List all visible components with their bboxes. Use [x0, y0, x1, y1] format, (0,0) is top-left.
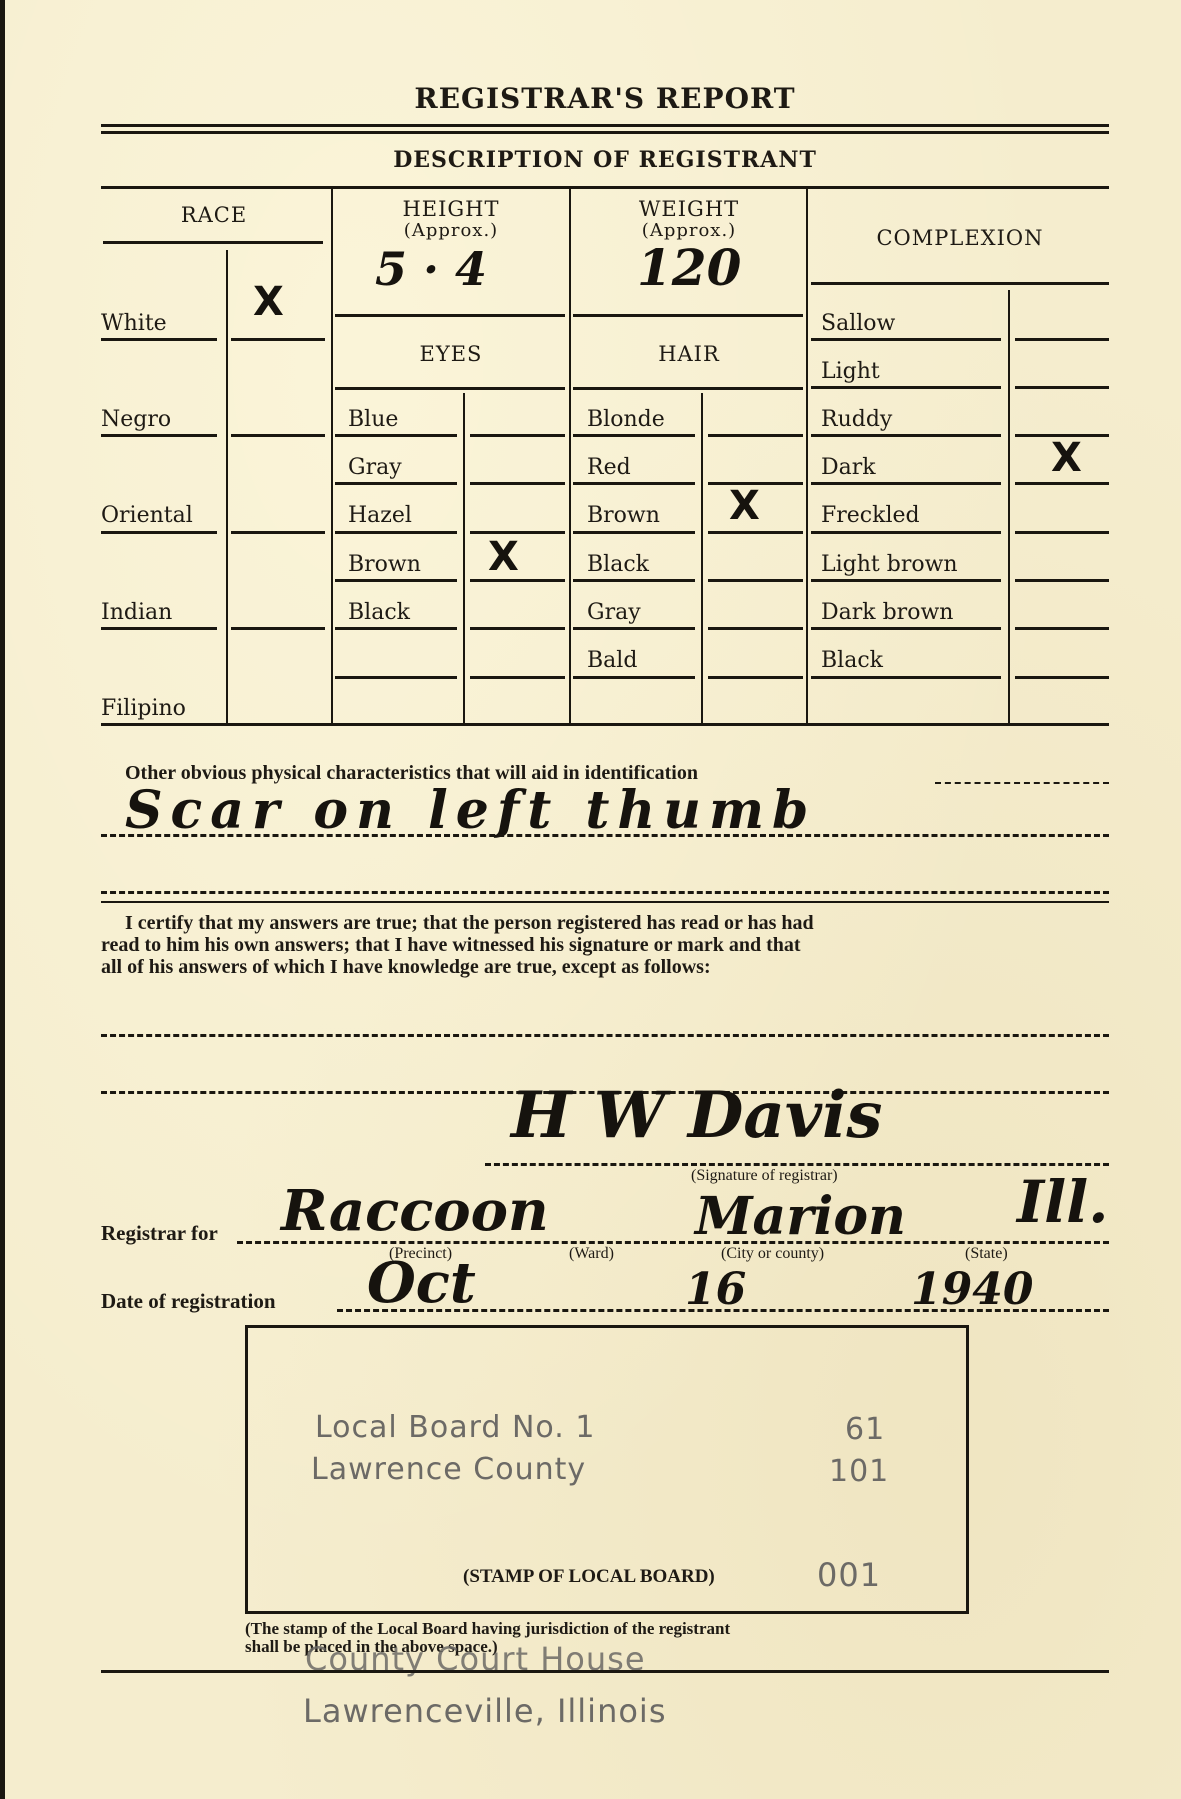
- date-day-value[interactable]: 16: [685, 1264, 746, 1315]
- row-rule: [811, 627, 1001, 630]
- col-divider: [806, 189, 808, 724]
- title-rule-top: [101, 124, 1109, 127]
- bottom-rule: [101, 1670, 1109, 1673]
- eyes-brown-check[interactable]: X: [488, 537, 519, 577]
- row-rule: [335, 482, 457, 485]
- row-rule: [1015, 579, 1109, 582]
- row-rule: [1015, 627, 1109, 630]
- stamp-caption: (STAMP OF LOCAL BOARD): [463, 1566, 715, 1588]
- hair-check-divider: [701, 393, 703, 724]
- row-rule: [470, 434, 565, 437]
- race-negro-label: Negro: [101, 407, 171, 432]
- row-rule: [1015, 676, 1109, 679]
- date-label: Date of registration: [101, 1290, 276, 1312]
- row-rule: [573, 482, 695, 485]
- row-rule: [573, 579, 695, 582]
- row-rule: [335, 434, 457, 437]
- row-rule: [335, 676, 457, 679]
- complexion-sallow-label: Sallow: [821, 311, 895, 336]
- row-rule: [1015, 482, 1109, 485]
- signature-caption: (Signature of registrar): [691, 1167, 838, 1185]
- row-rule: [101, 531, 217, 534]
- table-bottom-rule: [101, 723, 1109, 726]
- race-filipino-label: Filipino: [101, 696, 186, 721]
- row-rule: [811, 676, 1001, 679]
- row-rule: [231, 338, 325, 341]
- ward-caption: (Ward): [569, 1245, 614, 1263]
- complexion-ruddy-label: Ruddy: [821, 407, 892, 432]
- exceptions-line: [101, 1034, 1109, 1037]
- row-rule: [470, 579, 565, 582]
- complexion-light-brown-label: Light brown: [821, 552, 958, 577]
- complexion-dark-label: Dark: [821, 455, 876, 480]
- row-rule: [470, 482, 565, 485]
- row-rule: [573, 627, 695, 630]
- hair-gray-label: Gray: [587, 600, 641, 625]
- stamp-number-2: 101: [829, 1454, 889, 1489]
- row-rule: [811, 579, 1001, 582]
- field-line: [101, 901, 1109, 903]
- stamp-line-2: Lawrence County: [311, 1452, 586, 1487]
- complexion-dark-check[interactable]: X: [1051, 438, 1082, 478]
- col-divider: [569, 189, 571, 724]
- field-line: [101, 891, 1109, 894]
- race-header-rule: [103, 241, 323, 244]
- hair-brown-label: Brown: [587, 503, 660, 528]
- row-rule: [335, 627, 457, 630]
- hair-header: HAIR: [573, 343, 805, 365]
- hair-header-rule: [573, 387, 803, 390]
- weight-value[interactable]: 120: [637, 238, 741, 297]
- title-rule-bottom: [101, 131, 1109, 134]
- overprint-stamp-line-2: Lawrenceville, Illinois: [303, 1692, 666, 1730]
- row-rule: [470, 627, 565, 630]
- registrar-signature[interactable]: H W Davis: [511, 1078, 882, 1153]
- row-rule: [708, 434, 803, 437]
- section-title: DESCRIPTION OF REGISTRANT: [5, 147, 1181, 173]
- stamp-note-line-1: (The stamp of the Local Board having jur…: [245, 1620, 730, 1638]
- col-divider: [331, 189, 333, 724]
- row-rule: [1015, 386, 1109, 389]
- field-line: [101, 834, 1109, 837]
- hair-bald-label: Bald: [587, 648, 637, 673]
- race-indian-label: Indian: [101, 600, 172, 625]
- state-caption: (State): [965, 1245, 1008, 1263]
- weight-header: WEIGHT: [573, 198, 805, 220]
- race-white-label: White: [101, 311, 167, 336]
- row-rule: [708, 579, 803, 582]
- race-header: RACE: [101, 204, 327, 226]
- registrar-for-label: Registrar for: [101, 1222, 218, 1244]
- hair-black-label: Black: [587, 552, 649, 577]
- eyes-check-divider: [463, 393, 465, 724]
- height-subheader: (Approx.): [335, 220, 567, 242]
- race-check-divider: [226, 250, 228, 724]
- certification-line-3: all of his answers of which I have knowl…: [101, 956, 711, 978]
- other-characteristics-value[interactable]: Scar on left thumb: [125, 780, 816, 841]
- complexion-header: COMPLEXION: [810, 227, 1110, 249]
- row-rule: [1015, 531, 1109, 534]
- row-rule: [811, 338, 1001, 341]
- stamp-line-1: Local Board No. 1: [315, 1410, 595, 1445]
- row-rule: [231, 531, 325, 534]
- date-month-value[interactable]: Oct: [367, 1250, 476, 1316]
- row-rule: [811, 531, 1001, 534]
- table-top-rule: [101, 186, 1109, 189]
- signature-line: [485, 1163, 1109, 1166]
- complexion-light-label: Light: [821, 359, 880, 384]
- row-rule: [101, 338, 217, 341]
- certification-line-2: read to him his own answers; that I have…: [101, 934, 801, 956]
- row-rule: [708, 531, 803, 534]
- complexion-check-divider: [1008, 290, 1010, 724]
- complexion-header-rule: [811, 282, 1109, 285]
- row-rule: [573, 531, 695, 534]
- row-rule: [708, 627, 803, 630]
- row-rule: [573, 676, 695, 679]
- race-white-check[interactable]: X: [253, 282, 284, 322]
- complexion-freckled-label: Freckled: [821, 503, 920, 528]
- stamp-number-1: 61: [845, 1412, 885, 1447]
- precinct-value[interactable]: Raccoon: [281, 1178, 549, 1244]
- row-rule: [335, 579, 457, 582]
- page-title: REGISTRAR'S REPORT: [5, 82, 1181, 115]
- row-rule: [470, 676, 565, 679]
- row-rule: [1015, 338, 1109, 341]
- state-value[interactable]: Ill.: [1017, 1168, 1108, 1236]
- row-rule: [231, 627, 325, 630]
- row-rule: [811, 386, 1001, 389]
- row-rule: [231, 434, 325, 437]
- date-year-value[interactable]: 1940: [911, 1264, 1033, 1315]
- eyes-brown-label: Brown: [348, 552, 421, 577]
- row-rule: [811, 482, 1001, 485]
- registrar-report-card: REGISTRAR'S REPORT DESCRIPTION OF REGIST…: [0, 0, 1181, 1799]
- height-value[interactable]: 5 · 4: [375, 242, 487, 296]
- complexion-dark-brown-label: Dark brown: [821, 600, 953, 625]
- race-oriental-label: Oriental: [101, 503, 193, 528]
- row-rule: [335, 531, 457, 534]
- stamp-number-3: 001: [817, 1556, 881, 1594]
- complexion-black-label: Black: [821, 648, 883, 673]
- eyes-blue-label: Blue: [348, 407, 398, 432]
- weight-rule: [573, 314, 803, 317]
- row-rule: [101, 627, 217, 630]
- hair-blonde-label: Blonde: [587, 407, 665, 432]
- city-county-value[interactable]: Marion: [695, 1186, 906, 1247]
- other-characteristics-leader: [935, 782, 1109, 784]
- eyes-black-label: Black: [348, 600, 410, 625]
- certification-line-1: I certify that my answers are true; that…: [125, 912, 814, 934]
- eyes-gray-label: Gray: [348, 455, 402, 480]
- hair-red-label: Red: [587, 455, 631, 480]
- row-rule: [101, 434, 217, 437]
- height-header: HEIGHT: [335, 198, 567, 220]
- eyes-hazel-label: Hazel: [348, 503, 412, 528]
- eyes-header: EYES: [335, 343, 567, 365]
- row-rule: [573, 434, 695, 437]
- eyes-header-rule: [335, 387, 565, 390]
- row-rule: [708, 676, 803, 679]
- height-rule: [335, 314, 565, 317]
- hair-brown-check[interactable]: X: [729, 486, 760, 526]
- row-rule: [811, 434, 1001, 437]
- city-caption: (City or county): [721, 1245, 824, 1263]
